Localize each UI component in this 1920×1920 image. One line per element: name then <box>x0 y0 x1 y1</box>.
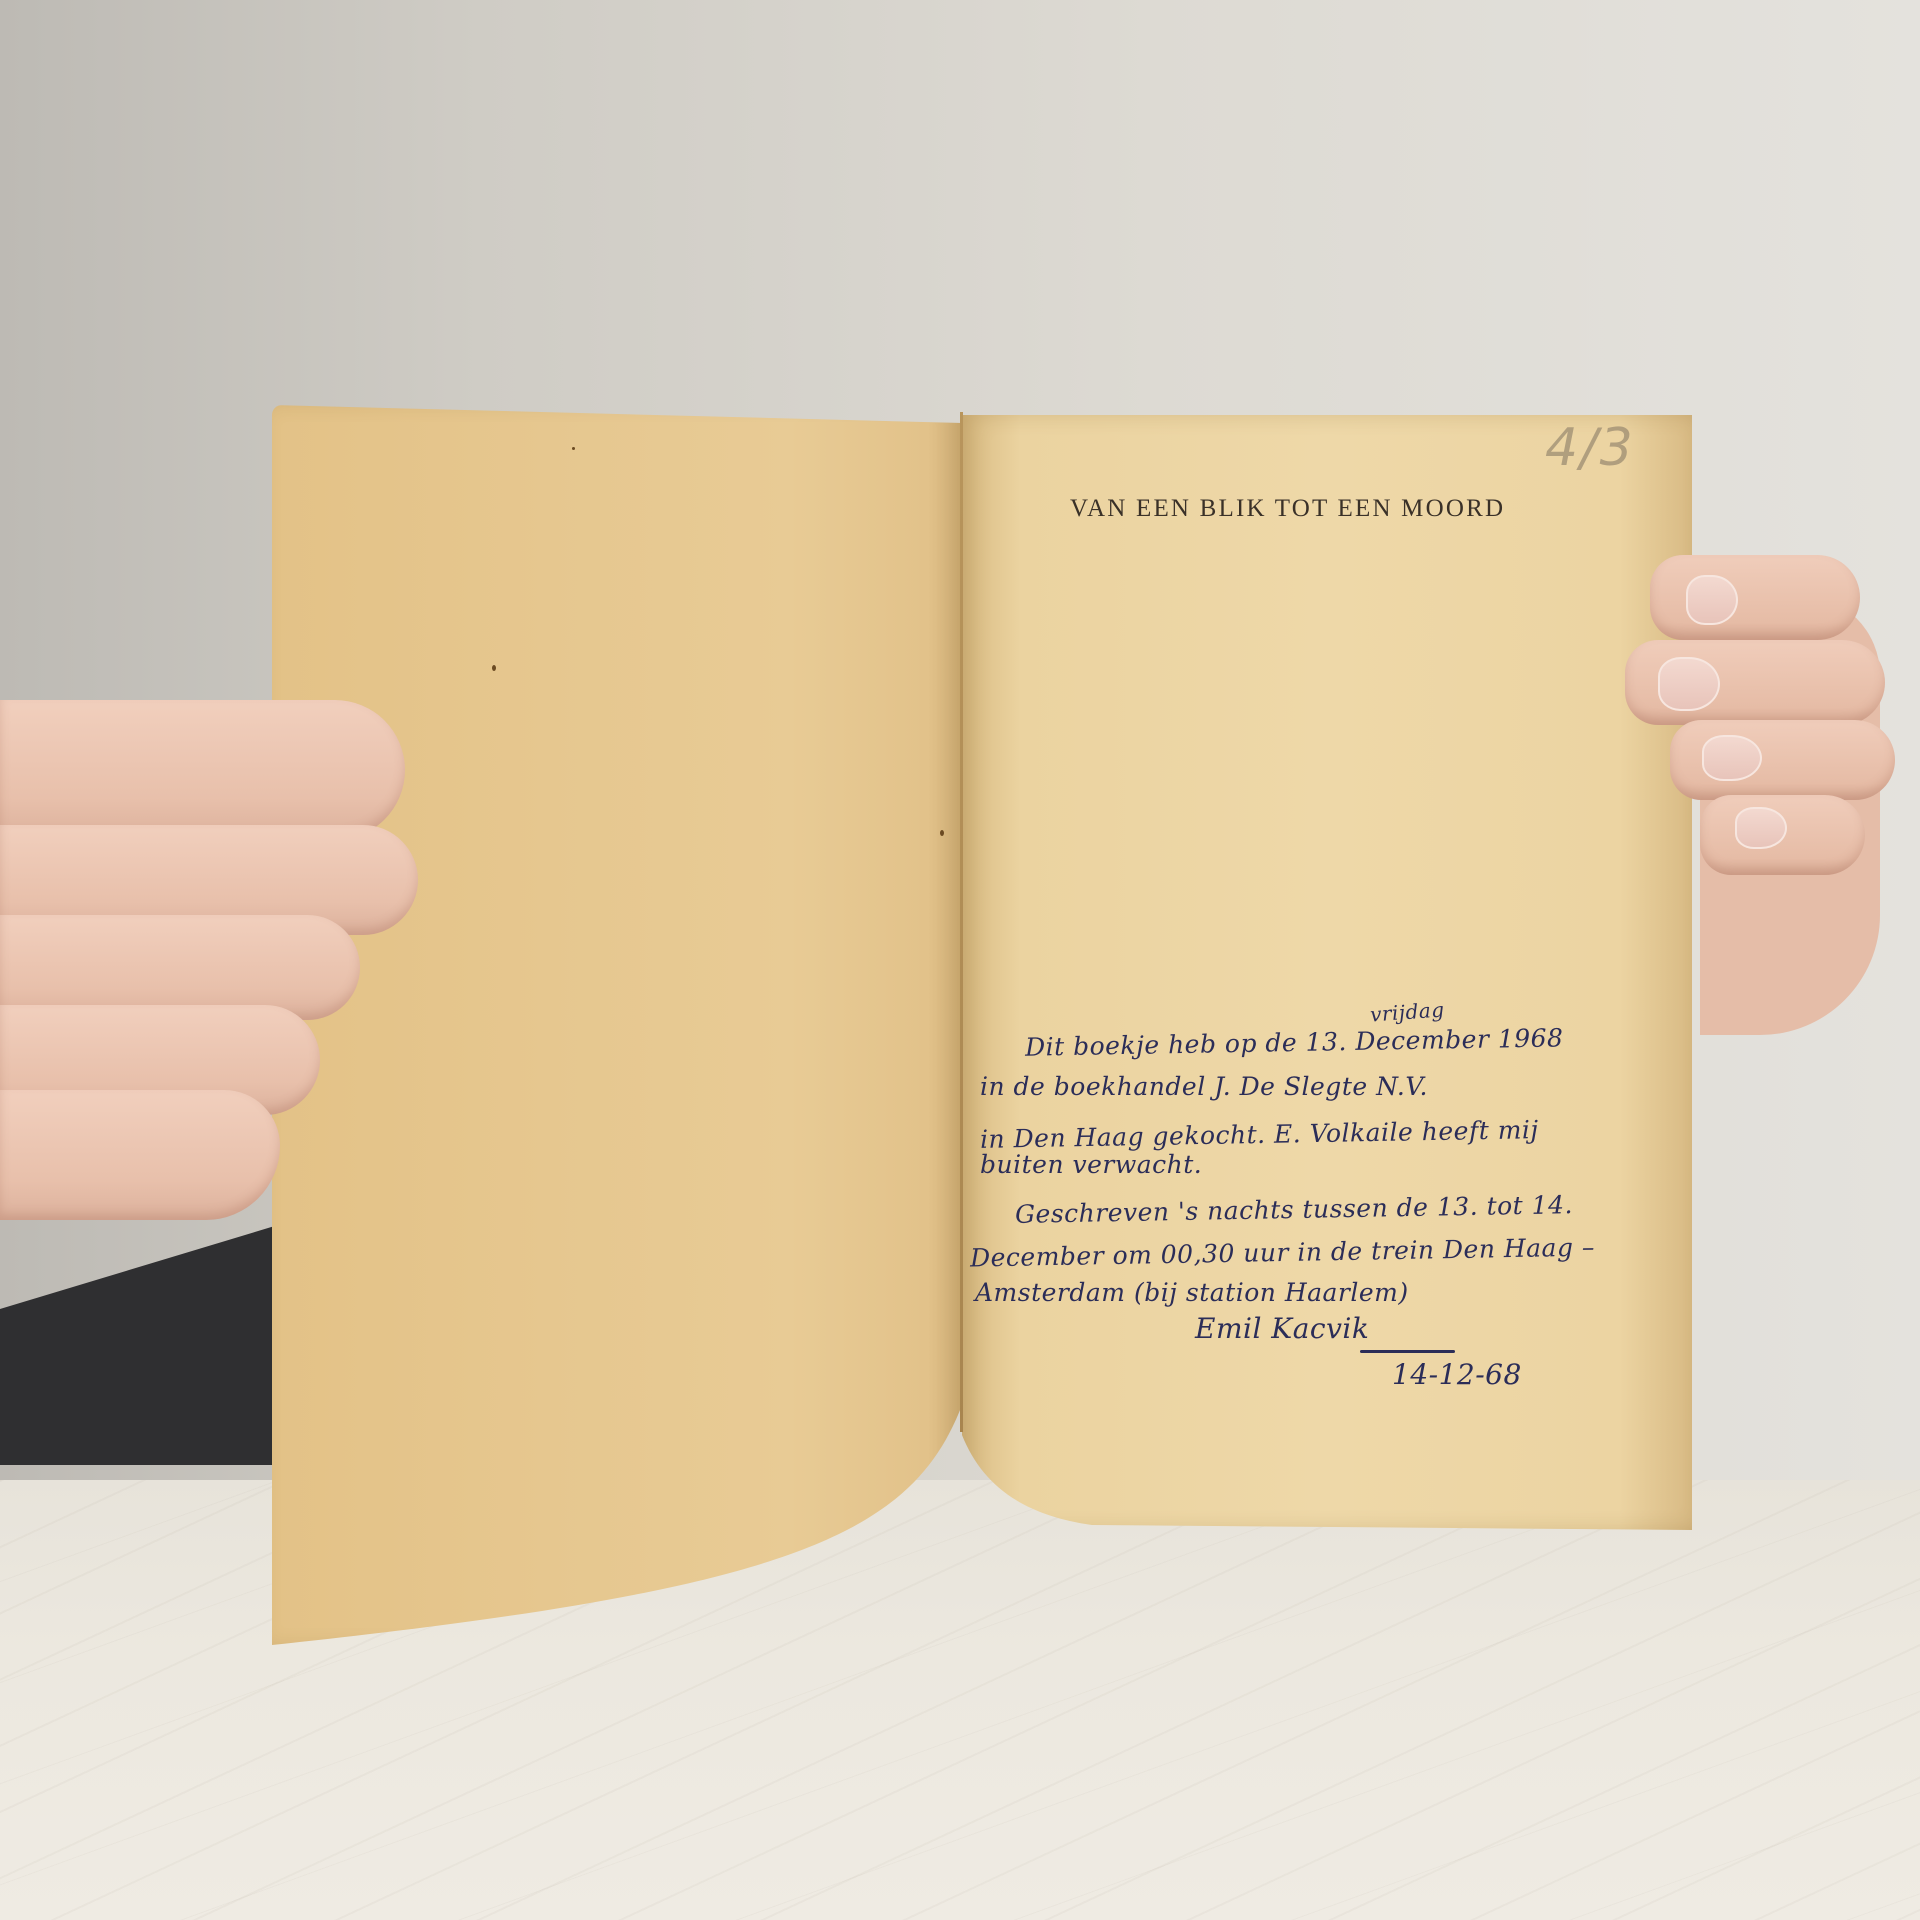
book-page-right-title-page[interactable] <box>962 415 1692 1530</box>
fingernail <box>1658 657 1720 711</box>
paper-speck <box>572 447 575 450</box>
left-hand <box>0 690 420 1330</box>
fingernail <box>1686 575 1738 625</box>
paper-speck <box>492 665 496 671</box>
pencil-mark: 4/3 <box>1545 418 1635 478</box>
inscription-line-2: in de boekhandel J. De Slegte N.V. <box>980 1072 1428 1101</box>
inscription-line-7: Amsterdam (bij station Haarlem) <box>975 1278 1409 1307</box>
left-hand-finger <box>0 700 405 840</box>
book-spine-gutter <box>960 412 963 1432</box>
inscription-signature: Emil Kacvik <box>1195 1312 1369 1345</box>
right-hand <box>1620 555 1920 1055</box>
fingernail <box>1702 735 1762 781</box>
inscription-date: 14-12-68 <box>1392 1358 1522 1391</box>
fingernail <box>1735 807 1787 849</box>
inscription-line-4: buiten verwacht. <box>980 1150 1202 1179</box>
signature-underline <box>1360 1350 1455 1353</box>
paper-speck <box>940 830 944 836</box>
right-hand-finger <box>1650 555 1860 640</box>
left-hand-palm <box>0 1090 280 1220</box>
book-title: VAN EEN BLIK TOT EEN MOORD <box>1070 495 1505 523</box>
